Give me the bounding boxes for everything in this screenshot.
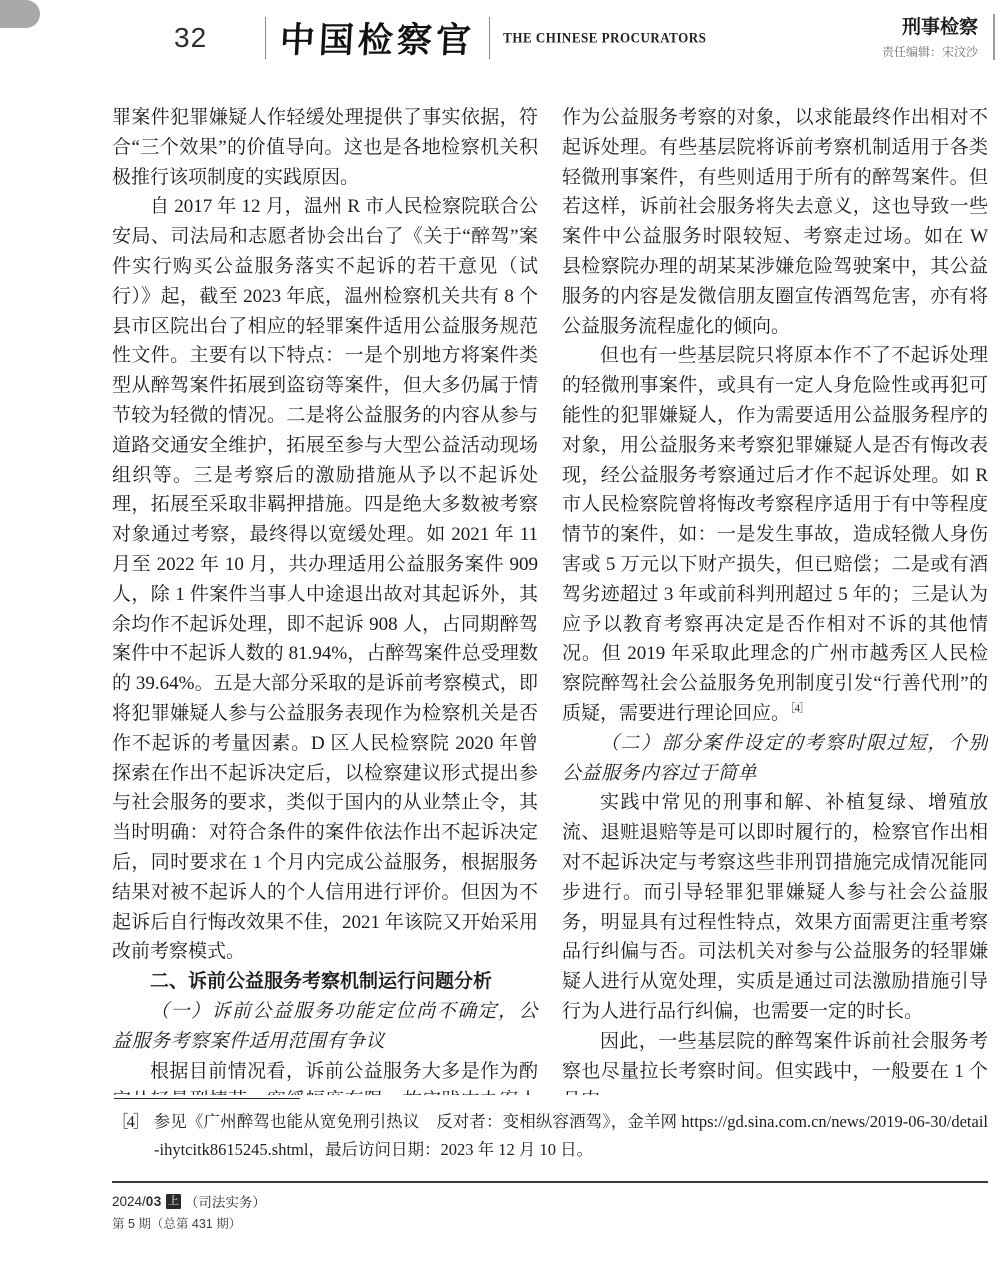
issue-category: （司法实务） <box>185 1191 266 1211</box>
subsection-heading: （一）诉前公益服务功能定位尚不确定，公益服务考察案件适用范围有争议 <box>112 997 538 1057</box>
footnote-area: ［4］参见《广州醉驾也能从宽免刑引热议 反对者：变相纵容酒驾》，金羊网 http… <box>112 1098 988 1163</box>
paragraph: 根据目前情况看，诉前公益服务大多是作为酌定从轻量刑情节，宽缓幅度有限，故实践中办… <box>112 1057 538 1096</box>
left-column: 罪案件犯罪嫌疑人作轻缓处理提供了事实依据，符合“三个效果”的价值导向。这也是各地… <box>112 103 538 1095</box>
edition-badge: 上 <box>166 1194 181 1209</box>
footnote: ［4］参见《广州醉驾也能从宽免刑引热议 反对者：变相纵容酒驾》，金羊网 http… <box>112 1108 988 1163</box>
paragraph: 自 2017 年 12 月，温州 R 市人民检察院联合公安局、司法局和志愿者协会… <box>112 192 538 967</box>
header-edge-rule <box>993 14 995 60</box>
footer-rule <box>112 1181 988 1183</box>
paragraph: 因此，一些基层院的醉驾案件诉前社会服务考察也尽量拉长考察时间。但实践中，一般要在… <box>562 1027 988 1095</box>
right-column: 作为公益服务考察的对象，以求能最终作出相对不起诉处理。有些基层院将诉前考察机制适… <box>562 103 988 1095</box>
paragraph: 但也有一些基层院只将原本作不了不起诉处理的轻微刑事案件，或具有一定人身危险性或再… <box>562 341 988 728</box>
article-body: 罪案件犯罪嫌疑人作轻缓处理提供了事实依据，符合“三个效果”的价值导向。这也是各地… <box>112 103 988 1095</box>
journal-page: 32 中国检察官 THE CHINESE PROCURATORS 刑事检察 责任… <box>0 0 1000 1275</box>
issue-year: 2024/ <box>112 1194 146 1209</box>
issue-month: 03 <box>146 1194 162 1209</box>
page-footer: 2024/03上（司法实务） 第 5 期（总第 431 期） <box>112 1181 988 1232</box>
footnote-ref: ［4］ <box>790 703 809 715</box>
journal-logo: 中国检察官 <box>279 13 477 63</box>
footnote-rule <box>114 1098 300 1099</box>
issue-number: 第 5 期（总第 431 期） <box>112 1214 988 1232</box>
header-right-block: 刑事检察 责任编辑：宋汶沙 <box>882 17 992 60</box>
journal-subtitle: THE CHINESE PROCURATORS <box>503 29 706 47</box>
header-divider <box>489 17 490 59</box>
section-heading: 二、诉前公益服务考察机制运行问题分析 <box>112 967 538 997</box>
page-number: 32 <box>174 22 207 54</box>
column-title: 刑事检察 <box>882 17 978 39</box>
editor-credit: 责任编辑：宋汶沙 <box>882 43 978 60</box>
paragraph: 作为公益服务考察的对象，以求能最终作出相对不起诉处理。有些基层院将诉前考察机制适… <box>562 103 988 341</box>
footnote-marker: ［4］ <box>112 1112 148 1131</box>
footnote-text: 参见《广州醉驾也能从宽免刑引热议 反对者：变相纵容酒驾》，金羊网 https:/… <box>154 1112 988 1159</box>
header-divider <box>265 17 266 59</box>
paragraph-text: 但也有一些基层院只将原本作不了不起诉处理的轻微刑事案件，或具有一定人身危险性或再… <box>562 345 988 724</box>
issue-line: 2024/03上（司法实务） <box>112 1191 988 1211</box>
page-header: 32 中国检察官 THE CHINESE PROCURATORS 刑事检察 责任… <box>112 12 992 64</box>
subsection-heading: （二）部分案件设定的考察时限过短，个别公益服务内容过于简单 <box>562 729 988 789</box>
paragraph: 实践中常见的刑事和解、补植复绿、增殖放流、退赃退赔等是可以即时履行的，检察官作出… <box>562 788 988 1026</box>
paragraph: 罪案件犯罪嫌疑人作轻缓处理提供了事实依据，符合“三个效果”的价值导向。这也是各地… <box>112 103 538 192</box>
page-edge-tab-icon <box>0 0 40 28</box>
